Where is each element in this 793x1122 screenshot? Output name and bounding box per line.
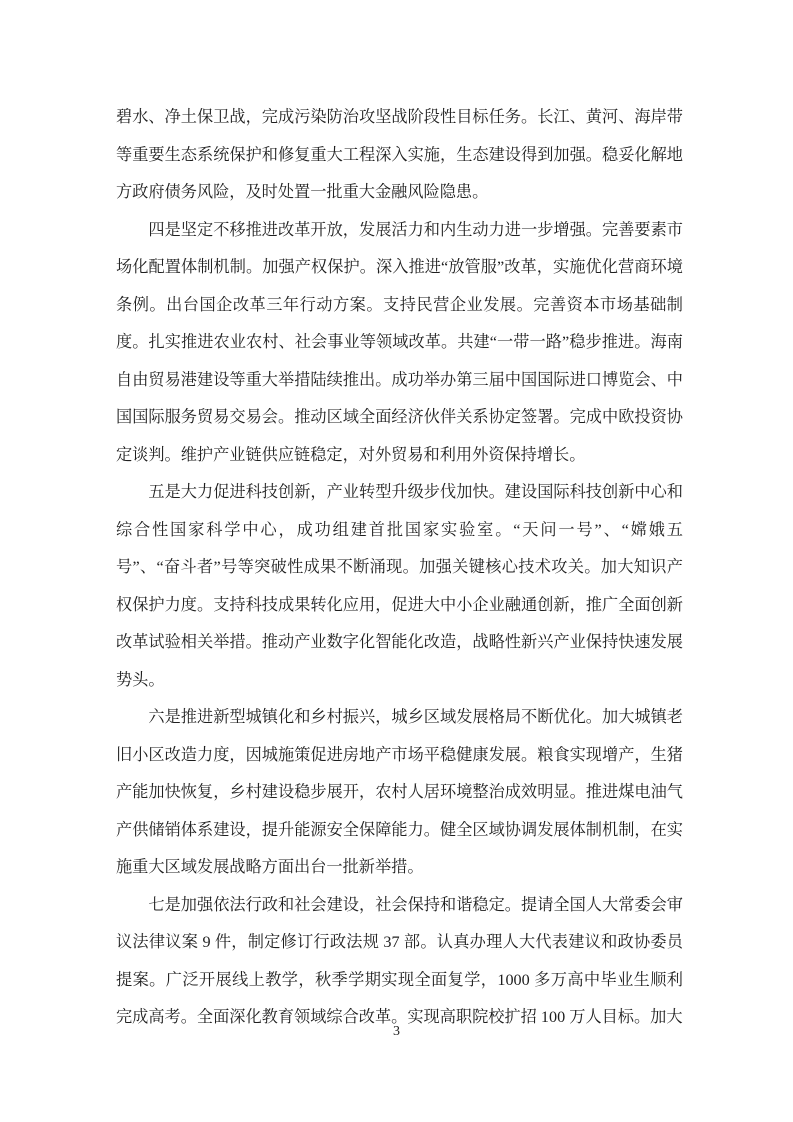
paragraph: 碧水、净土保卫战，完成污染防治攻坚战阶段性目标任务。长江、黄河、海岸带等重要生态… bbox=[116, 99, 683, 212]
page-footer: 3 bbox=[0, 1022, 793, 1041]
paragraph: 七是加强依法行政和社会建设，社会保持和谐稳定。提请全国人大常委会审议法律议案 9… bbox=[116, 887, 683, 1037]
page-number: 3 bbox=[393, 1024, 400, 1039]
paragraph: 四是坚定不移推进改革开放，发展活力和内生动力进一步增强。完善要素市场化配置体制机… bbox=[116, 212, 683, 475]
paragraph: 五是大力促进科技创新，产业转型升级步伐加快。建设国际科技创新中心和综合性国家科学… bbox=[116, 474, 683, 699]
paragraph: 六是推进新型城镇化和乡村振兴，城乡区域发展格局不断优化。加大城镇老旧小区改造力度… bbox=[116, 699, 683, 887]
document-body: 碧水、净土保卫战，完成污染防治攻坚战阶段性目标任务。长江、黄河、海岸带等重要生态… bbox=[116, 99, 683, 1037]
document-page: 碧水、净土保卫战，完成污染防治攻坚战阶段性目标任务。长江、黄河、海岸带等重要生态… bbox=[0, 0, 793, 1122]
